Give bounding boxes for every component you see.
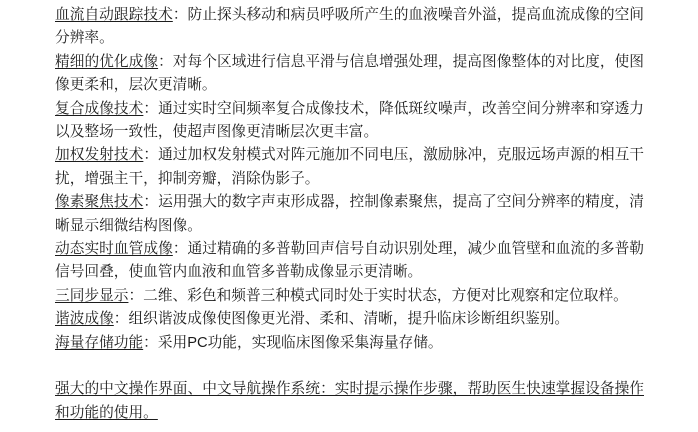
feature-description: ：采用PC功能，实现临床图像采集海量存储。 (143, 335, 442, 351)
feature-paragraph-compound-imaging: 复合成像技术：通过实时空间频率复合成像技术，降低斑纹噪声，改善空间分辨率和穿透力… (55, 98, 644, 145)
feature-paragraph-triple-sync-display: 三同步显示：二维、彩色和频普三种模式同时处于实时状态，方便对比观察和定位取样。 (55, 285, 644, 308)
feature-term: 加权发射技术 (55, 147, 143, 163)
feature-term: 精细的优化成像 (55, 54, 158, 70)
feature-description: ：二维、彩色和频普三种模式同时处于实时状态，方便对比观察和定位取样。 (128, 288, 627, 304)
feature-paragraph-harmonic-imaging: 谐波成像：组织谐波成像使图像更光滑、柔和、清晰，提升临床诊断组织鉴别。 (55, 308, 644, 331)
feature-description: ：运用强大的数字声束形成器，控制像素聚焦，提高了空间分辨率的精度，清晰显示细微结… (55, 194, 644, 233)
feature-paragraph-weighted-transmission: 加权发射技术：通过加权发射模式对阵元施加不同电压，激励脉冲，克服远场声源的相互干… (55, 144, 644, 191)
feature-term: 谐波成像 (55, 311, 114, 327)
document-body: 血流自动跟踪技术：防止探头移动和病员呼吸所产生的血液噪音外溢，提高血流成像的空间… (55, 4, 644, 425)
feature-paragraph-mass-storage: 海量存储功能：采用PC功能，实现临床图像采集海量存储。 (55, 332, 644, 355)
feature-description: ：通过加权发射模式对阵元施加不同电压，激励脉冲，克服远场声源的相互干扰，增强主干… (55, 147, 644, 186)
feature-paragraph-chinese-interface: 强大的中文操作界面、中文导航操作系统：实时提示操作步骤，帮助医生快速掌握设备操作… (55, 378, 644, 425)
feature-term: 强大的中文操作界面、中文导航操作系统 (55, 381, 320, 397)
feature-term: 像素聚焦技术 (55, 194, 143, 210)
document-page: 血流自动跟踪技术：防止探头移动和病员呼吸所产生的血液噪音外溢，提高血流成像的空间… (0, 0, 698, 432)
feature-description: ：组织谐波成像使图像更光滑、柔和、清晰，提升临床诊断组织鉴别。 (114, 311, 569, 327)
feature-paragraph-blood-flow-tracking: 血流自动跟踪技术：防止探头移动和病员呼吸所产生的血液噪音外溢，提高血流成像的空间… (55, 4, 644, 51)
feature-term: 三同步显示 (55, 288, 128, 304)
feature-description: ：通过实时空间频率复合成像技术，降低斑纹噪声，改善空间分辨率和穿透力以及整场一致… (55, 101, 644, 140)
feature-paragraph-pixel-focusing: 像素聚焦技术：运用强大的数字声束形成器，控制像素聚焦，提高了空间分辨率的精度，清… (55, 191, 644, 238)
feature-term: 复合成像技术 (55, 101, 143, 117)
feature-paragraph-dynamic-vessel-imaging: 动态实时血管成像：通过精确的多普勒回声信号自动识别处理，减少血管壁和血流的多普勒… (55, 238, 644, 285)
feature-paragraph-fine-optimized-imaging: 精细的优化成像：对每个区域进行信息平滑与信息增强处理，提高图像整体的对比度，使图… (55, 51, 644, 98)
feature-term: 海量存储功能 (55, 335, 143, 351)
feature-term: 动态实时血管成像 (55, 241, 173, 257)
feature-term: 血流自动跟踪技术 (55, 7, 173, 23)
